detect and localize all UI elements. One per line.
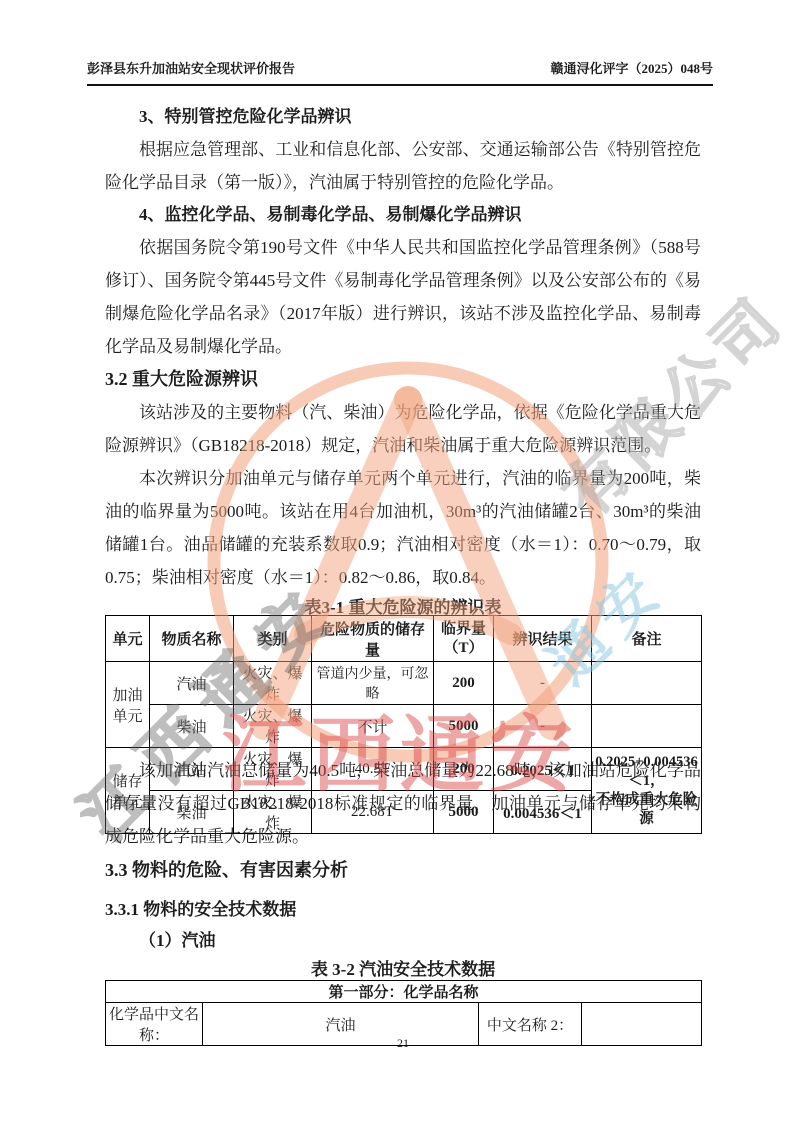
part-header-cell: 第一部分：化学品名称	[106, 981, 702, 1003]
col-header-note: 备注	[592, 616, 702, 662]
paragraph-special-control: 根据应急管理部、工业和信息化部、公安部、交通运输部公告《特别管控危险化学品目录（…	[105, 133, 701, 199]
table-header-row: 单元 物质名称 类别 危险物质的储存量 临界量 （T） 辨识结果 备注	[106, 616, 702, 662]
table-part-header-row: 第一部分：化学品名称	[106, 981, 702, 1003]
col-header-result: 辨识结果	[494, 616, 592, 662]
heading-major-hazard: 3.2 重大危险源辨识	[105, 364, 701, 394]
col-header-critical: 临界量 （T）	[434, 616, 494, 662]
report-header: 彭泽县东升加油站安全现状评价报告 赣通浔化评字（2025）048号	[87, 58, 713, 86]
col-header-unit: 单元	[106, 616, 150, 662]
paragraph-monitored-chemicals: 依据国务院令第190号文件《中华人民共和国监控化学品管理条例》（588号修订）、…	[105, 231, 701, 363]
header-doc-number: 赣通浔化评字（2025）048号	[550, 58, 713, 77]
paragraph-conclusion: 该加油站汽油总储量为40.5吨，柴油总储量为22.68吨，该加油站危险化学品储存…	[105, 754, 701, 853]
table-row: 加油单元 汽油 火灾、爆炸 管道内少量，可忽略 200 -	[106, 662, 702, 705]
report-page: { "page": { "header_left": "彭泽县东升加油站安全现状…	[0, 0, 793, 1122]
heading-monitored-chemicals: 4、监控化学品、易制毒化学品、易制爆化学品辨识	[105, 200, 701, 230]
col-header-category: 类别	[234, 616, 312, 662]
paragraph-major-hazard-1: 该站涉及的主要物料（汽、柴油）为危险化学品，依据《危险化学品重大危险源辨识》（G…	[105, 396, 701, 462]
col-header-storage: 危险物质的储存量	[312, 616, 434, 662]
page-number: 21	[105, 1036, 701, 1051]
heading-material-safety-data: 3.3.1 物料的安全技术数据	[105, 895, 701, 925]
gasoline-table-caption: 表 3-2 汽油安全技术数据	[105, 955, 701, 980]
heading-special-control: 3、特别管控危险化学品辨识	[105, 102, 701, 132]
table-row: 柴油 火灾、爆炸 不计 5000 -	[106, 705, 702, 748]
unit-cell-fueling: 加油单元	[106, 662, 150, 748]
heading-gasoline-item: （1）汽油	[105, 926, 701, 956]
paragraph-major-hazard-2: 本次辨识分加油单元与储存单元两个单元进行，汽油的临界量为200吨，柴油的临界量为…	[105, 462, 701, 594]
heading-material-analysis: 3.3 物料的危险、有害因素分析	[105, 855, 701, 885]
col-header-substance: 物质名称	[150, 616, 234, 662]
header-report-title: 彭泽县东升加油站安全现状评价报告	[87, 58, 295, 77]
